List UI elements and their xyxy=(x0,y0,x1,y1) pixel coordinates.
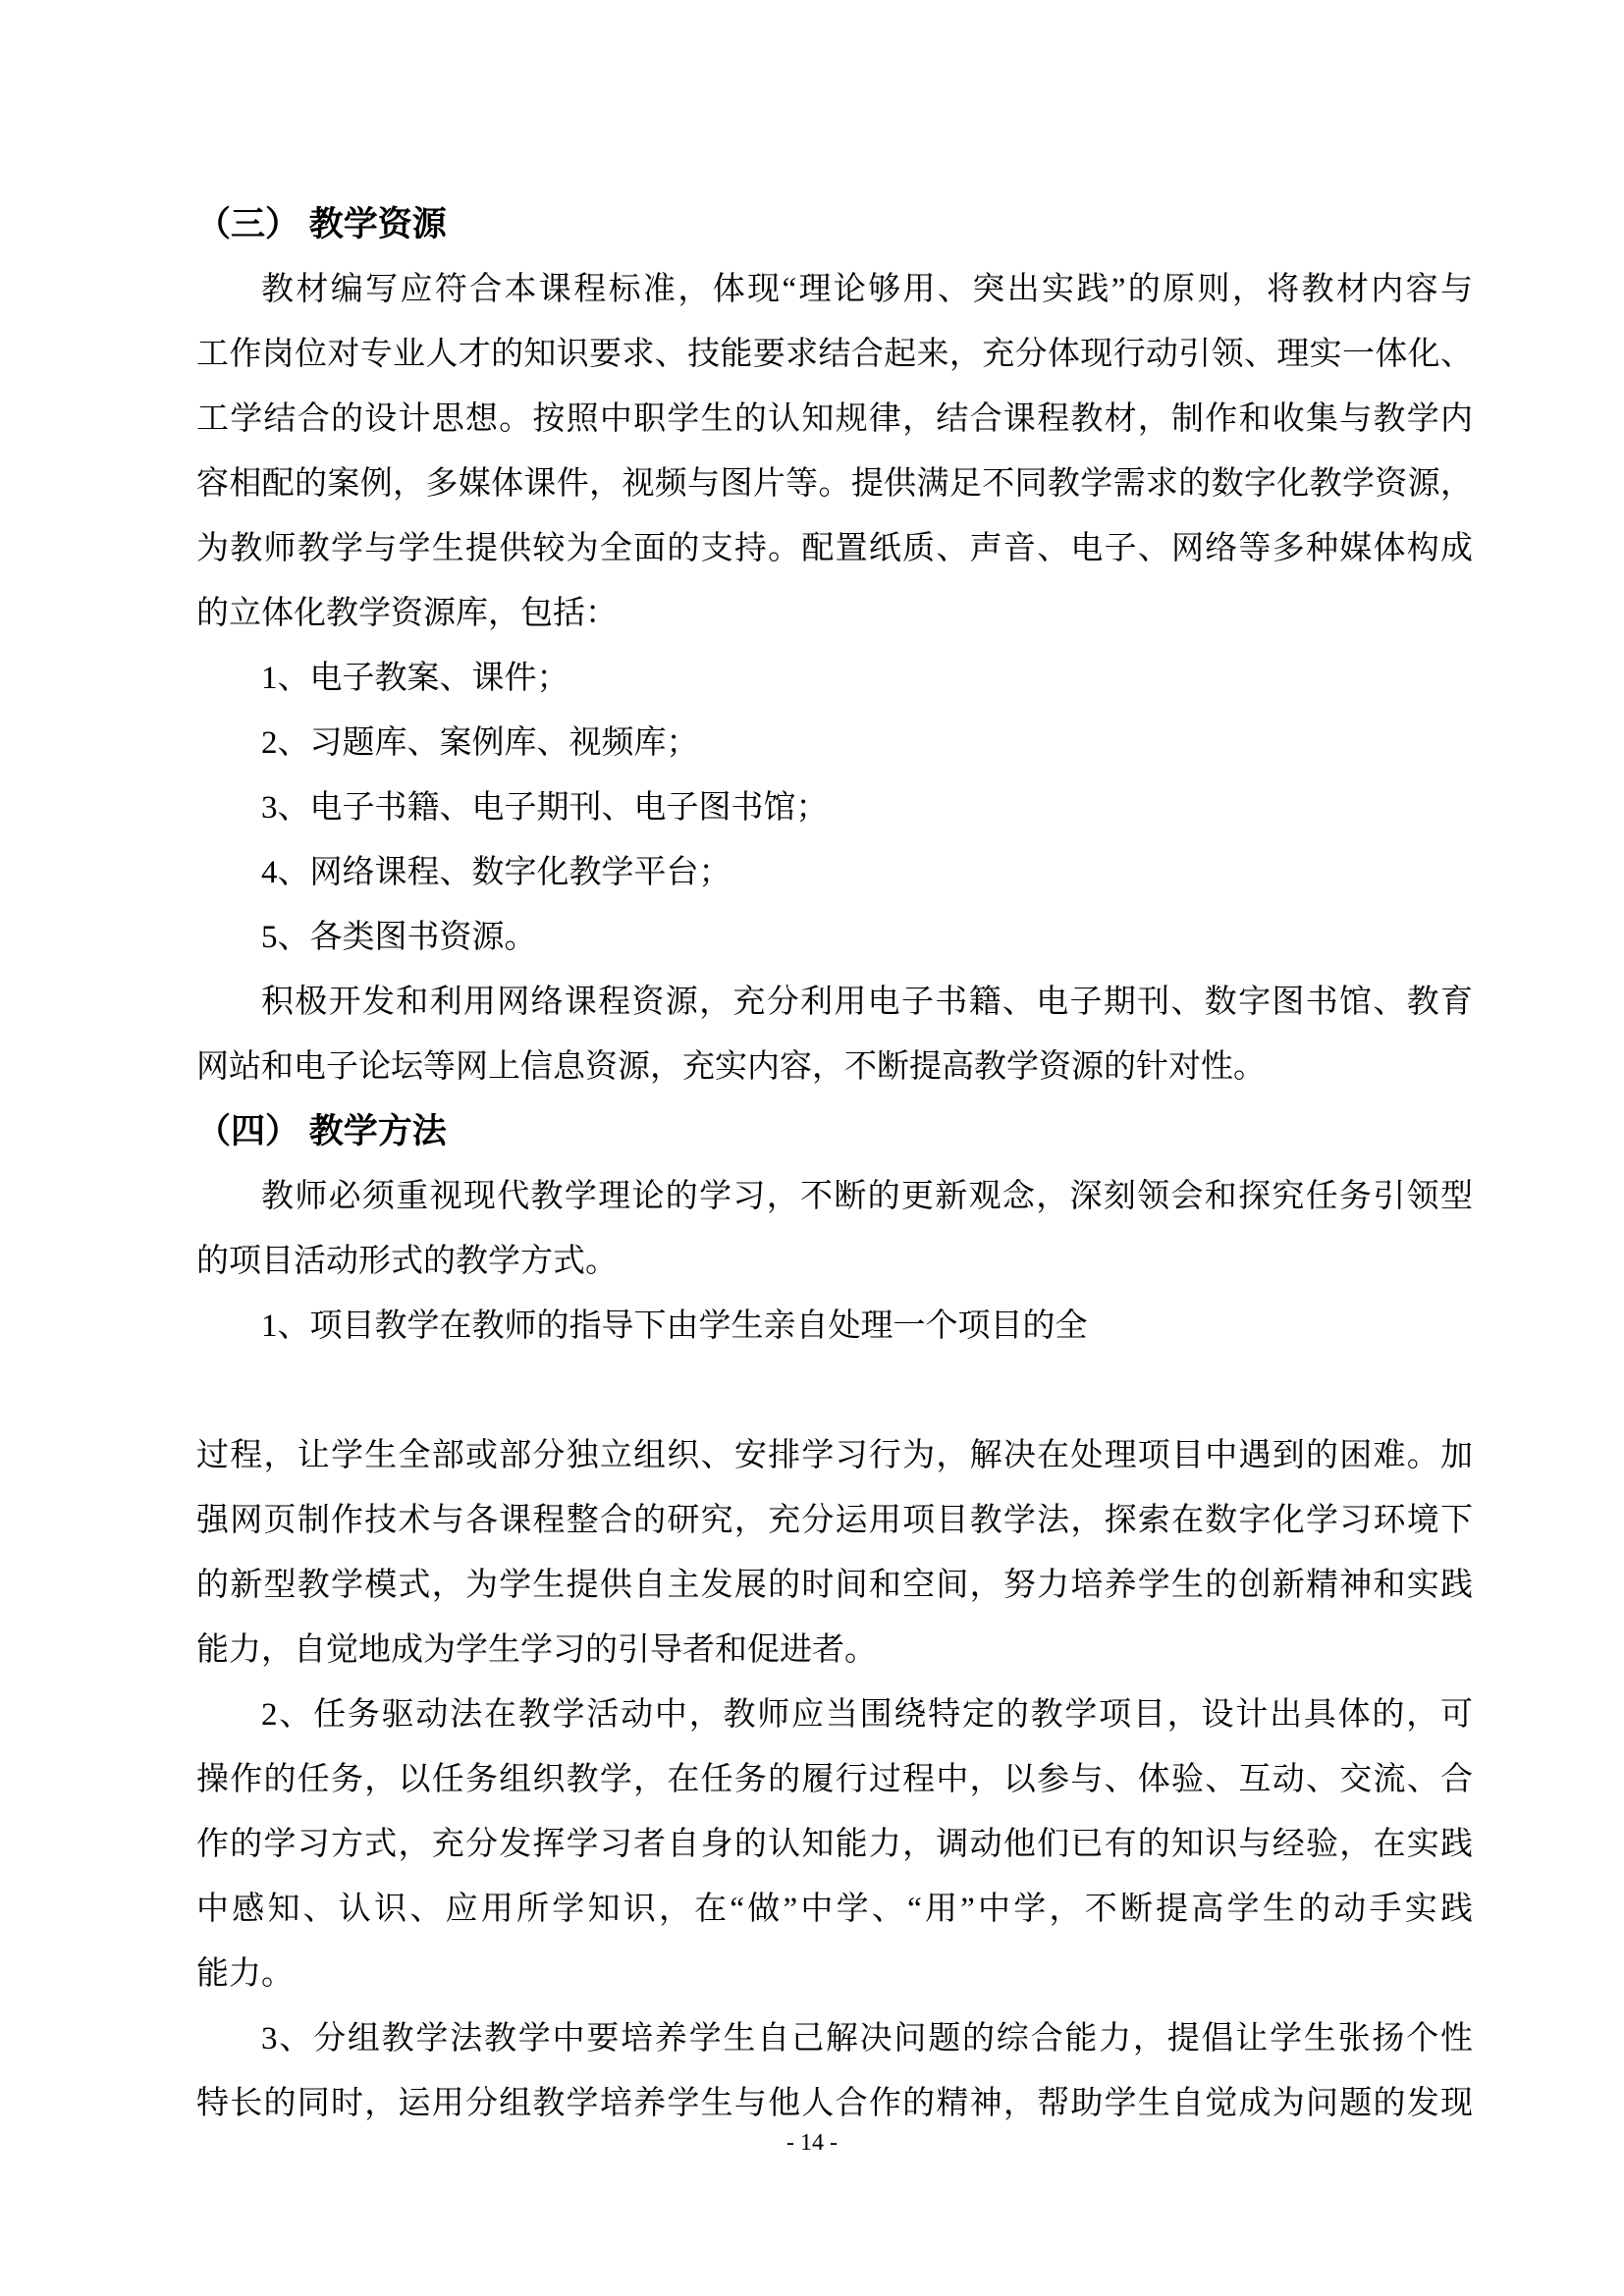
paragraph-line: 操作的任务，以任务组织教学，在任务的履行过程中，以参与、体验、互动、交流、合 xyxy=(196,1747,1473,1812)
paragraph-line: 教材编写应符合本课程标准，体现“理论够用、突出实践”的原则，将教材内容与 xyxy=(196,257,1473,322)
paragraph-line: 2、任务驱动法在教学活动中，教师应当围绕特定的教学项目，设计出具体的，可 xyxy=(196,1682,1473,1747)
paragraph-line: 3、分组教学法教学中要培养学生自己解决问题的综合能力，提倡让学生张扬个性 xyxy=(196,2006,1473,2071)
paragraph-line: 能力，自觉地成为学生学习的引导者和促进者。 xyxy=(196,1618,1473,1682)
blank-line-gap xyxy=(196,1359,1473,1423)
paragraph-line: 作的学习方式，充分发挥学习者自身的认知能力，调动他们已有的知识与经验，在实践 xyxy=(196,1812,1473,1877)
section-heading-3: （三） 教学资源 xyxy=(196,192,1473,257)
document-page: （三） 教学资源 教材编写应符合本课程标准，体现“理论够用、突出实践”的原则，将… xyxy=(0,0,1624,2296)
list-item-1: 1、电子教案、课件； xyxy=(196,646,1473,711)
list-item-2: 2、习题库、案例库、视频库； xyxy=(196,711,1473,775)
section-heading-4: （四） 教学方法 xyxy=(196,1099,1473,1164)
paragraph-line: 容相配的案例，多媒体课件，视频与图片等。提供满足不同教学需求的数字化教学资源， xyxy=(196,452,1473,516)
paragraph-line: 工作岗位对专业人才的知识要求、技能要求结合起来，充分体现行动引领、理实一体化、 xyxy=(196,322,1473,387)
paragraph-line: 积极开发和利用网络课程资源，充分利用电子书籍、电子期刊、数字图书馆、教育 xyxy=(196,970,1473,1035)
paragraph-line: 工学结合的设计思想。按照中职学生的认知规律，结合课程教材，制作和收集与教学内 xyxy=(196,387,1473,452)
paragraph-line: 特长的同时，运用分组教学培养学生与他人合作的精神，帮助学生自觉成为问题的发现 xyxy=(196,2071,1473,2136)
paragraph-line: 过程，让学生全部或部分独立组织、安排学习行为，解决在处理项目中遇到的困难。加 xyxy=(196,1423,1473,1488)
paragraph-line: 的立体化教学资源库，包括： xyxy=(196,581,1473,646)
list-item-4: 4、网络课程、数字化教学平台； xyxy=(196,840,1473,905)
paragraph-line: 的新型教学模式，为学生提供自主发展的时间和空间，努力培养学生的创新精神和实践 xyxy=(196,1553,1473,1618)
paragraph-line: 中感知、认识、应用所学知识，在“做”中学、“用”中学，不断提高学生的动手实践 xyxy=(196,1877,1473,1942)
paragraph-line: 教师必须重视现代教学理论的学习，不断的更新观念，深刻领会和探究任务引领型 xyxy=(196,1164,1473,1229)
document-body: （三） 教学资源 教材编写应符合本课程标准，体现“理论够用、突出实践”的原则，将… xyxy=(196,192,1473,2136)
paragraph-line: 为教师教学与学生提供较为全面的支持。配置纸质、声音、电子、网络等多种媒体构成 xyxy=(196,516,1473,581)
list-item-5: 5、各类图书资源。 xyxy=(196,905,1473,970)
paragraph-line: 的项目活动形式的教学方式。 xyxy=(196,1229,1473,1294)
paragraph-line: 强网页制作技术与各课程整合的研究，充分运用项目教学法，探索在数字化学习环境下 xyxy=(196,1488,1473,1553)
paragraph-line: 网站和电子论坛等网上信息资源，充实内容，不断提高教学资源的针对性。 xyxy=(196,1035,1473,1099)
list-item-3: 3、电子书籍、电子期刊、电子图书馆； xyxy=(196,775,1473,840)
paragraph-line: 1、项目教学在教师的指导下由学生亲自处理一个项目的全 xyxy=(196,1294,1473,1359)
paragraph-line: 能力。 xyxy=(196,1942,1473,2006)
page-number: - 14 - xyxy=(0,2128,1624,2158)
